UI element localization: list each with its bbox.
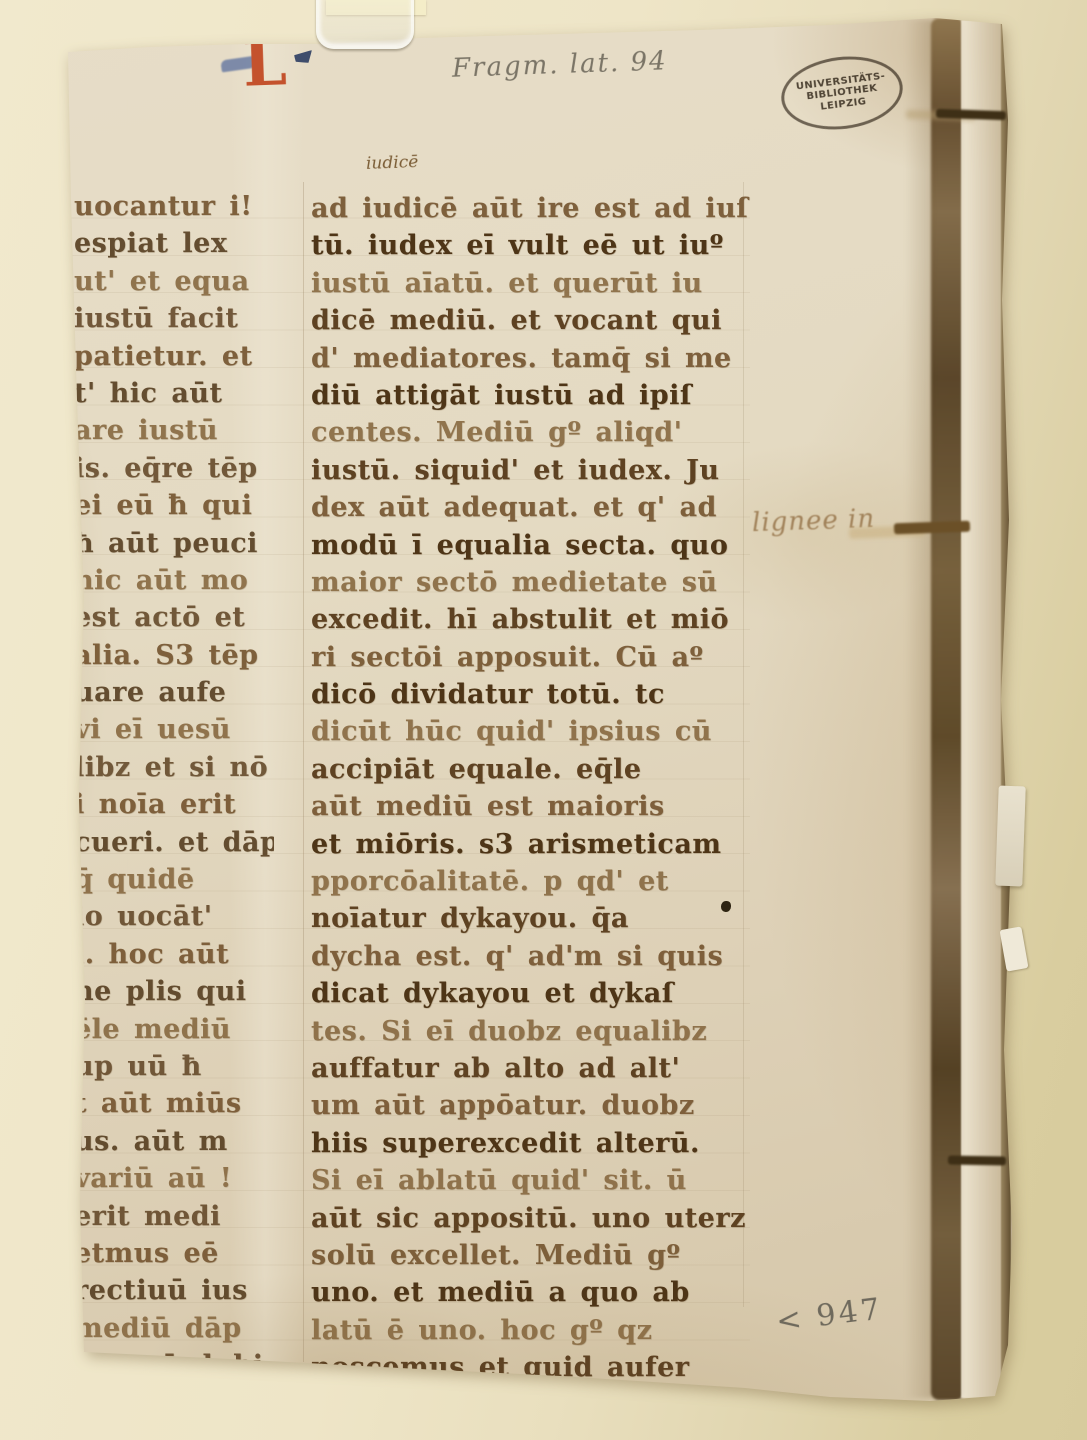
text-line: ħ aūt peuci	[74, 525, 274, 562]
text-line: ad iudicē aūt ire est ad iuſ	[311, 190, 751, 227]
text-line: dex aūt adequat. et q' ad	[311, 489, 751, 526]
text-line: solū excellet. Mediū gº	[311, 1237, 751, 1274]
text-line: et miōris. s3 arismeticam	[311, 826, 751, 863]
text-line: noīatur dykayou. q̄a	[311, 900, 751, 937]
text-line: uocantur i!	[74, 188, 274, 225]
text-line: est actō et	[74, 599, 274, 636]
text-line: patietur. et	[74, 338, 274, 375]
text-line: excedit. hī abstulit et miō	[311, 601, 751, 638]
text-line: alia. S3 tēp	[74, 637, 274, 674]
text-line: variū aū !	[74, 1160, 274, 1197]
sewing-slit	[948, 1155, 1006, 1165]
text-line: d' mediatores. tamq̄ si me	[311, 340, 751, 377]
text-line: uno. et mediū a quo ab	[311, 1274, 751, 1311]
text-line: aūt sic appositū. uno uterz	[311, 1200, 751, 1237]
text-line: dicō dividatur totū. tc	[311, 676, 751, 713]
ink-blot	[721, 901, 731, 912]
text-line: hic aūt mo	[74, 562, 274, 599]
text-line: etmus eē	[74, 1235, 274, 1272]
text-line: io uocāt'	[74, 898, 274, 935]
parchment-tab	[995, 786, 1025, 887]
text-line: q̄ quidē	[74, 861, 274, 898]
plastic-clip	[316, 0, 414, 49]
text-line: mediū dāp	[74, 1310, 274, 1347]
text-line: tes. Si eī duobz equalibz	[311, 1013, 751, 1050]
text-line: is. eq̄re tēp	[74, 450, 274, 487]
library-stamp: UNIVERSITÄTS- BIBLIOTHEK LEIPZIG	[777, 50, 907, 136]
text-line: dicūt hūc quid' ipsius cū	[311, 713, 751, 750]
text-line: up uū ħ	[74, 1048, 274, 1085]
text-line: ri sectōi apposuit. Cū aº	[311, 639, 751, 676]
interlinear-gloss: iudicē	[366, 152, 419, 174]
text-line: hiis superexcedit alterū.	[311, 1125, 751, 1162]
text-line: i noīa erit	[74, 786, 274, 823]
text-line: t' hic aūt	[74, 375, 274, 412]
spine-edge	[1001, 22, 1011, 1398]
spine-fold	[961, 20, 1005, 1398]
manuscript-photograph: uocantur i!espiat lexut' et equaiustū fa…	[0, 0, 1087, 1440]
text-line: l. hoc aūt	[74, 936, 274, 973]
text-line: ne plis qui	[74, 973, 274, 1010]
text-line: cueri. et dāp	[74, 824, 274, 861]
text-line: centes. Mediū gº aliqd'	[311, 414, 751, 451]
text-line: d' et q̄ dubi	[74, 1347, 274, 1384]
text-line: libz et si nō	[74, 749, 274, 786]
text-line: auffatur ab alto ad alt'	[311, 1050, 751, 1087]
parchment-surface: uocantur i!espiat lexut' et equaiustū fa…	[0, 0, 1087, 1440]
text-line: latū ē uno. hoc gº qz	[311, 1312, 751, 1349]
text-line: iustū. siquid' et iudex. Ju	[311, 452, 751, 489]
text-line: dicat dykayou et dykaſ	[311, 975, 751, 1012]
text-column-left: uocantur i!espiat lexut' et equaiustū fa…	[74, 188, 274, 1385]
ruling-vertical-left	[303, 182, 304, 1362]
text-line: Si eī ablatū quid' sit. ū	[311, 1162, 751, 1199]
initial-flourish-navy	[294, 50, 312, 63]
text-line: iustū facit	[74, 300, 274, 337]
text-line: are iustū	[74, 412, 274, 449]
text-line: ut' et equa	[74, 263, 274, 300]
text-line: modū ī equalia secta. quo	[311, 527, 751, 564]
text-line: dicē mediū. et vocant qui	[311, 302, 751, 339]
text-line: dycha est. q' ad'm si quis	[311, 938, 751, 975]
text-line: pporcōalitatē. p qd' et	[311, 863, 751, 900]
text-line: erit medi	[74, 1198, 274, 1235]
text-line: diū attigāt iustū ad ipiſ	[311, 377, 751, 414]
manuscript-leaf: uocantur i!espiat lexut' et equaiustū fa…	[0, 0, 1087, 1440]
illuminated-initial: L	[242, 33, 288, 94]
text-line: uare aufe	[74, 674, 274, 711]
pencil-shelfmark: Fragm. lat. 94	[452, 46, 669, 84]
pencil-number: < 947	[774, 1292, 884, 1340]
text-column-main: ad iudicē aūt ire est ad iuſtū. iudex eī…	[311, 190, 751, 1424]
text-line: iustū aīatū. et querūt iu	[311, 265, 751, 302]
binding-spine	[931, 18, 964, 1400]
text-line: ei eū ħ qui	[74, 487, 274, 524]
marginal-gloss: lignee in	[752, 504, 876, 538]
text-line: accipiāt equale. eq̄le	[311, 751, 751, 788]
text-line: tū. iudex eī vult eē ut iuº	[311, 227, 751, 264]
text-line: vi eī uesū	[74, 711, 274, 748]
text-line: aūt mediū est maioris	[311, 788, 751, 825]
text-line: maior sectō medietate sū	[311, 564, 751, 601]
text-line: um aūt appōatur. duobz	[311, 1087, 751, 1124]
text-line: us. aūt m	[74, 1123, 274, 1160]
text-line: rectiuū ius	[74, 1272, 274, 1309]
text-line: si aūt apponāt' ei q̄	[311, 1387, 751, 1424]
text-line: espiat lex	[74, 225, 274, 262]
text-line: t aūt miūs	[74, 1085, 274, 1122]
text-line: ēle mediū	[74, 1011, 274, 1048]
text-line: noscemus et quid aufer	[311, 1349, 751, 1386]
